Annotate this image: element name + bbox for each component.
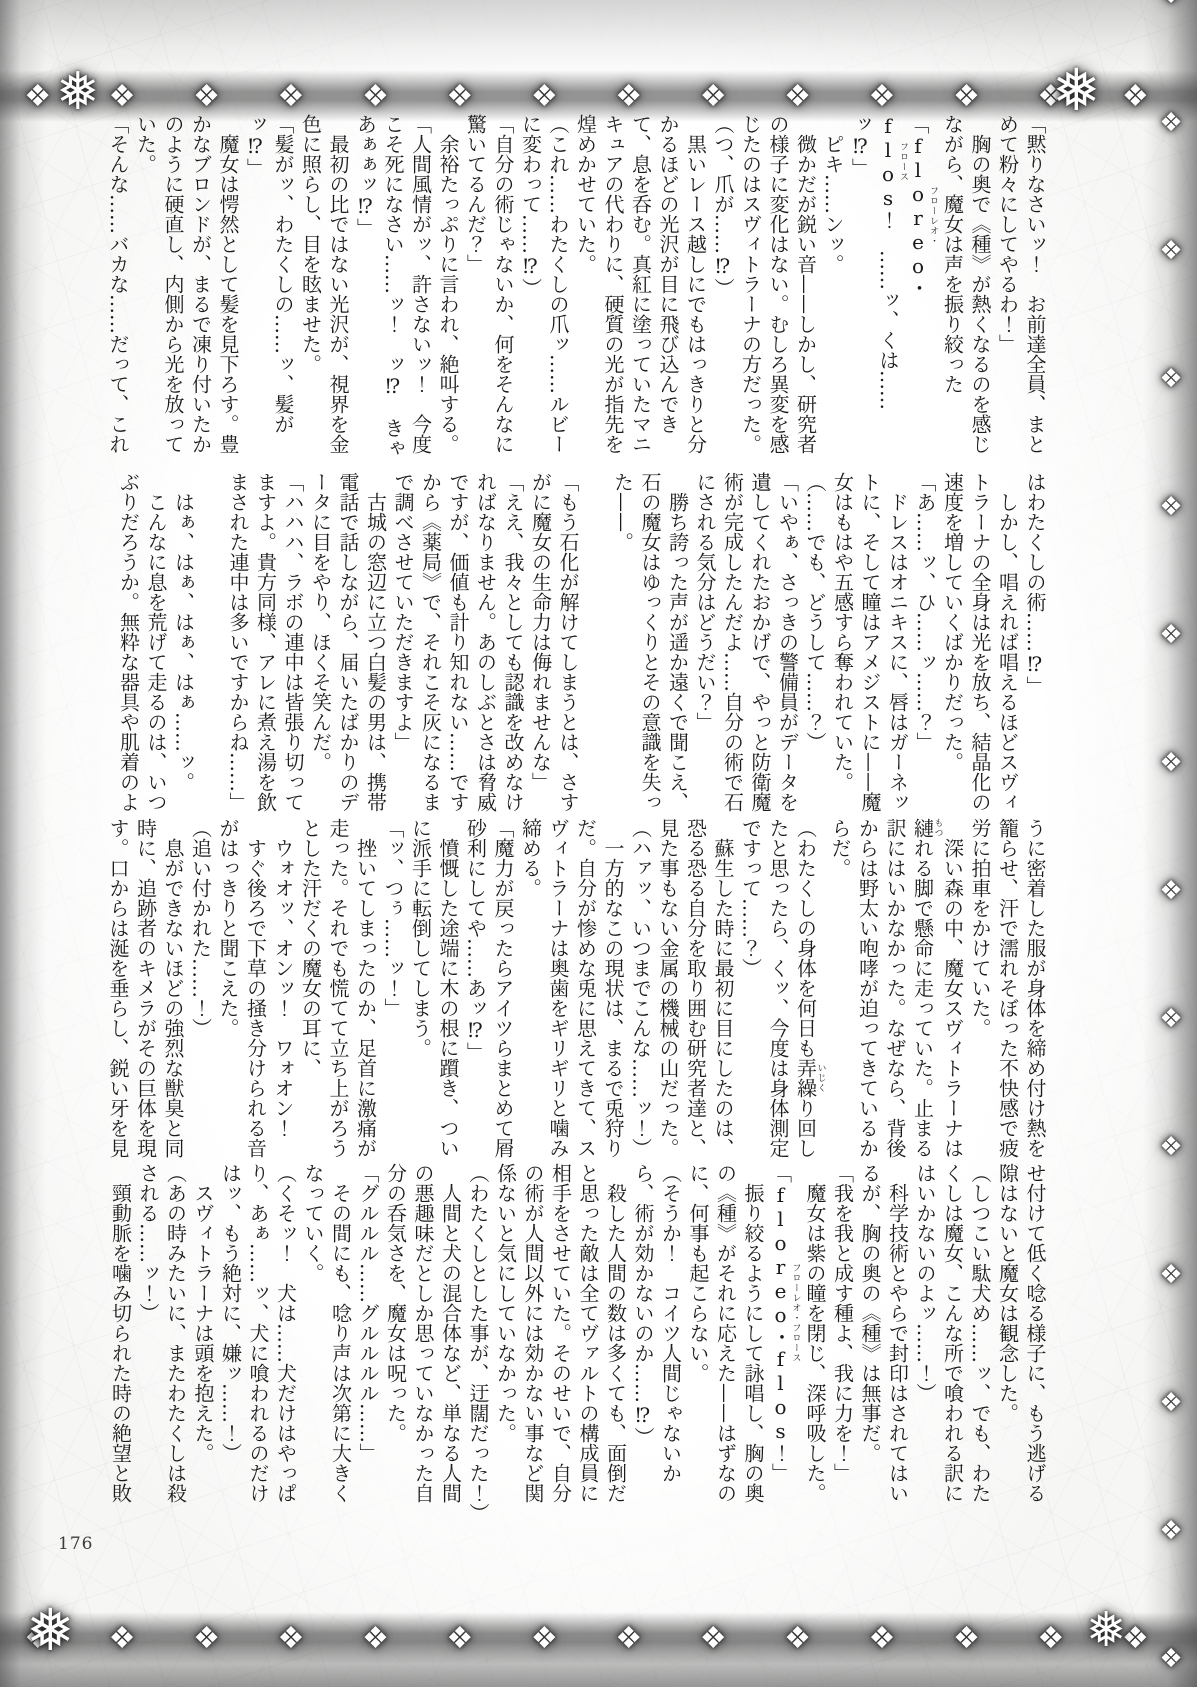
paragraph: 「もう石化が解けてしまうとは、さすがに魔女の生命力は侮れませんな」 bbox=[526, 472, 581, 820]
paragraph: 「いやぁ、さっきの警備員がデータを遺してくれたおかげで、やっと防衛魔術が完成した… bbox=[691, 472, 801, 820]
paragraph: 殺した人間の数は多くても、面倒だと思った敵は全てヴァルトの構成員に相手をさせてい… bbox=[491, 1163, 629, 1521]
text-band-3: うに密着した服が身体を締め付け熱を籠らせ、汗で濡れそぼった不快感で疲労に拍車をか… bbox=[104, 818, 1049, 1164]
paragraph: 最初の比ではない光沢が、視界を金色に照らし、目を眩ませた。 bbox=[296, 114, 351, 462]
paragraph: 「人間風情がッ、許さないッ！ 今度こそ死になさい……ッ！ ッ⁉ きゃあぁぁッ⁉」 bbox=[351, 114, 434, 462]
scene-break bbox=[197, 472, 224, 820]
paragraph: （わたくしの身体を何日も弄繰いじくり回したと思ったら、くッ、今度は身体測定ですっ… bbox=[736, 818, 826, 1164]
paragraph: （わたくしとした事が、迂闊だった！） bbox=[464, 1163, 492, 1521]
paragraph: 「ッ、つぅ……ッ！」 bbox=[379, 818, 407, 1164]
paragraph: 「そんな……バカな……だって、これ bbox=[104, 114, 132, 462]
paragraph: 深い森の中、魔女スヴィトラーナは縺もつれる脚で懸命に走っていた。止まる訳にはいか… bbox=[826, 818, 966, 1164]
paragraph: （追い付かれた……！） bbox=[186, 818, 214, 1164]
paragraph: 古城の窓辺に立つ白髪の男は、携帯電話で話しながら、届いたばかりのデータに目をやり… bbox=[306, 472, 389, 820]
text-band-2: はわたくしの術……⁉」 しかし、唱えれば唱えるほどスヴィトラーナの全身は光を放ち… bbox=[114, 472, 1048, 820]
paragraph: こんなに息を荒げて走るのは、いつぶりだろうか。無粋な器具や肌着のよ bbox=[114, 472, 169, 820]
snowflake-corner-icon: ❅ bbox=[1052, 56, 1101, 124]
paragraph: 挫いてしまったのか、足首に激痛が走った。それでも慌てて立ち上がろうとした汗だくの… bbox=[296, 818, 379, 1164]
paragraph: 「ええ、我々としても認識を改めなければなりません。あのしぶとさは脅威ですが、価値… bbox=[389, 472, 527, 820]
paragraph: 「floreo・flosフローレオ・フロース！」 bbox=[766, 1163, 801, 1521]
paragraph: ウォオッ、オンッ！ ワォオン！ bbox=[269, 818, 297, 1164]
paragraph: スヴィトラーナは頭を抱えた。 bbox=[189, 1163, 217, 1521]
paragraph: （これ……わたくしの爪ッ……ルビーに変わって……⁉） bbox=[516, 114, 571, 462]
snowflake-chain-ornament-bottom: ❖ ❖ ❖ ❖ ❖ ❖ ❖ ❖ ❖ ❖ ❖ ❖ ❖ ❖ bbox=[0, 1612, 1197, 1664]
paragraph: せ付けて低く唸る様子に、もう逃げる隙はないと魔女は観念した。 bbox=[993, 1163, 1048, 1521]
paragraph: （くそッ！ 犬は……犬だけはやっぱり、あぁ……ッ、犬に喰われるのだけはッ、もう絶… bbox=[216, 1163, 299, 1521]
paragraph: （あの時みたいに、またわたくしは殺される……ッ！） bbox=[134, 1163, 189, 1521]
paragraph: 科学技術とやらで封印はされてはいるが、胸の奥の《種》は無事だ。 bbox=[856, 1163, 911, 1521]
paragraph: 胸の奥で《種》が熱くなるのを感じながら、魔女は声を振り絞った bbox=[938, 114, 993, 462]
paragraph: 「髪がッ、わたくしの……ッ、髪がッ⁉」 bbox=[241, 114, 296, 462]
snowflake-chain-ornament-right: ❖ ❖ ❖ ❖ ❖ ❖ ❖ ❖ ❖ ❖ ❖ ❖ ❖ ❖ bbox=[1147, 0, 1195, 1687]
paragraph: はわたくしの術……⁉」 bbox=[1021, 472, 1049, 820]
snowflake-corner-icon: ❅ bbox=[26, 1596, 75, 1664]
paragraph: 「魔力が戻ったらアイツらまとめて屑砂利にしてや……あッ⁉」 bbox=[461, 818, 516, 1164]
paragraph: （……でも、どうして……？） bbox=[801, 472, 829, 820]
paragraph: その間にも、唸り声は次第に大きくなっていく。 bbox=[299, 1163, 354, 1521]
paragraph: 「黙りなさいッ！ お前達全員、まとめて粉々にしてやるわ！」 bbox=[993, 114, 1048, 462]
snowflake-corner-icon: ❅ bbox=[56, 62, 100, 122]
paragraph: ドレスはオニキスに、唇はガーネットに、そして瞳はアメジストに——魔女はもはや五感… bbox=[828, 472, 911, 820]
paragraph: 息ができないほどの強烈な獣臭と同時に、追跡者のキメラがその巨体を現す。口からは涎… bbox=[104, 818, 187, 1164]
paragraph: （しつこい駄犬め……ッ、でも、わたくしは魔女、こんな所で喰われる訳にはいかないの… bbox=[911, 1163, 994, 1521]
paragraph: 「あ……ッ、ひ……ッ……？」 bbox=[911, 472, 939, 820]
paragraph: 振り絞るようにして詠唱し、胸の奥の《種》がそれに応えた——はずなのに、何事も起こ… bbox=[684, 1163, 767, 1521]
paragraph: ピキ……ンッ。 bbox=[819, 114, 847, 462]
paragraph: （ハァッ、いつまでこんな……ッ！） bbox=[626, 818, 654, 1164]
paragraph: 「floreo・flosフローレオ・フロース！ ……ッ、くは……ッ⁉」 bbox=[846, 114, 938, 462]
paragraph: しかし、唱えれば唱えるほどスヴィトラーナの全身は光を放ち、結晶化の速度を増してい… bbox=[938, 472, 1021, 820]
paragraph: 「我を我と成す種よ、我に力を！」 bbox=[828, 1163, 856, 1521]
paragraph: （つ、爪が……⁉） bbox=[709, 114, 737, 462]
page-number: 176 bbox=[58, 1534, 93, 1554]
paragraph: 黒いレース越しにでもはっきりと分かるほどの光沢が目に飛び込んできて、息を呑む。真… bbox=[571, 114, 709, 462]
paragraph: すぐ後ろで下草の掻き分けられる音がはっきりと聞こえた。 bbox=[214, 818, 269, 1164]
paragraph: 頸動脈を噛み切られた時の絶望と敗 bbox=[106, 1163, 134, 1521]
snowflake-corner-icon: ❅ bbox=[1086, 1602, 1126, 1658]
paragraph: 「自分の術じゃないか、何をそんなに驚いてるんだ？」 bbox=[461, 114, 516, 462]
paragraph: （そうか！ コイツ人間じゃないから、術が効かないのか……⁉） bbox=[629, 1163, 684, 1521]
left-edge-shading bbox=[0, 0, 46, 1687]
top-edge-shading bbox=[0, 0, 1197, 78]
paragraph: 蘇生した時に最初に目にしたのは、恐る恐る自分を取り囲む研究者達と、見た事もない金… bbox=[654, 818, 737, 1164]
paragraph: 勝ち誇った声が遥か遠くで聞こえ、石の魔女はゆっくりとその意識を失った——。 bbox=[608, 472, 691, 820]
paragraph: 魔女は愕然として髪を見下ろす。豊かなブロンドが、まるで凍り付いたかのように硬直し… bbox=[131, 114, 241, 462]
paragraph: 憤慨した途端に木の根に躓き、ついに派手に転倒してしまう。 bbox=[406, 818, 461, 1164]
text-band-4: せ付けて低く唸る様子に、もう逃げる隙はないと魔女は観念した。（しつこい駄犬め……… bbox=[106, 1163, 1048, 1521]
paragraph: 魔女は紫の瞳を閉じ、深呼吸した。 bbox=[801, 1163, 829, 1521]
paragraph: 余裕たっぷりに言われ、絶叫する。 bbox=[434, 114, 462, 462]
paragraph: はぁ、はぁ、はぁ、はぁ……ッ。 bbox=[169, 472, 197, 820]
paragraph: 一方的なこの現状は、まるで兎狩りだ。自分が惨めな兎に思えてきて、スヴィトラーナは… bbox=[516, 818, 626, 1164]
novel-page: ❖ ❖ ❖ ❖ ❖ ❖ ❖ ❖ ❖ ❖ ❖ ❖ ❖ ❖ ❖ ❖ ❖ ❖ ❖ ❖ … bbox=[0, 0, 1197, 1687]
paragraph: 人間と犬の混合体など、単なる人間の悪趣味だとしか思っていなかった自分の呑気さを、… bbox=[381, 1163, 464, 1521]
paragraph: 微かだが鋭い音——しかし、研究者の様子に変化はない。むしろ異変を感じたのはスヴィ… bbox=[736, 114, 819, 462]
paragraph: 「グルルル……グルルルル……」 bbox=[354, 1163, 382, 1521]
paragraph: 「ハハハ、ラボの連中は皆張り切ってますよ。貴方同様、アレに煮え湯を飲まされた連中… bbox=[224, 472, 307, 820]
paragraph: うに密着した服が身体を締め付け熱を籠らせ、汗で濡れそぼった不快感で疲労に拍車をか… bbox=[966, 818, 1049, 1164]
scene-break bbox=[581, 472, 608, 820]
text-band-1: 「黙りなさいッ！ お前達全員、まとめて粉々にしてやるわ！」 胸の奥で《種》が熱く… bbox=[104, 114, 1049, 462]
